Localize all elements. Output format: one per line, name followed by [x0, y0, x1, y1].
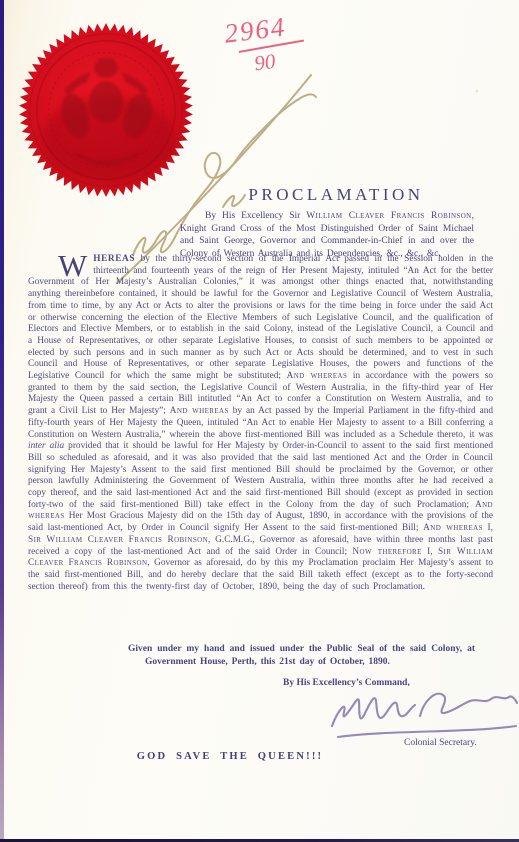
preamble-by-his-excellency: By His Excellency Sir William Cleaver Fr… — [180, 210, 474, 260]
testimonium-clause: Given under my hand and issued under the… — [145, 643, 475, 669]
page-title: PROCLAMATION — [156, 185, 516, 205]
proclamation-document-page: 2964 90 ‚ PROCLAMATION By His Excellency… — [0, 0, 519, 842]
proclamation-body-text: WHEREAS by the thirty-second section of … — [28, 254, 493, 593]
body-segments: HEREAS by the thirty-second section of t… — [28, 254, 493, 592]
god-save-the-queen-motto: GOD SAVE THE QUEEN!!! — [110, 751, 350, 762]
stray-ink-mark: ‚ — [474, 82, 482, 95]
dropcap-initial: W — [58, 255, 87, 277]
scan-left-edge — [0, 0, 4, 842]
colonial-secretary-signature — [328, 686, 519, 744]
secretary-title-label: Colonial Secretary. — [404, 738, 477, 748]
